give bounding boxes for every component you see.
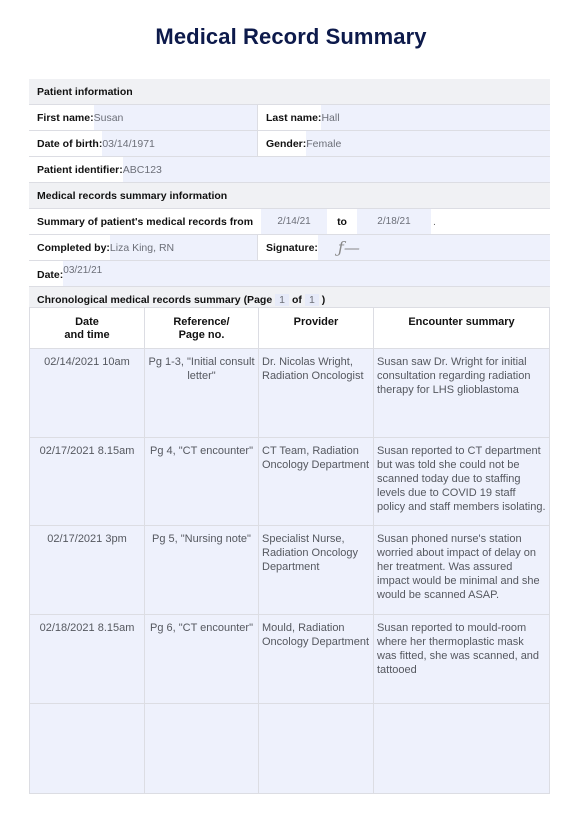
datetime-cell[interactable]: 02/17/2021 3pm: [30, 526, 145, 615]
patient-id-value[interactable]: ABC123: [123, 164, 162, 176]
page-number-field[interactable]: 1: [275, 294, 289, 306]
last-name-value[interactable]: Hall: [321, 112, 339, 124]
first-name-field[interactable]: First name: Susan: [29, 105, 258, 130]
provider-cell[interactable]: CT Team, Radiation Oncology Department: [259, 438, 374, 526]
reference-cell[interactable]: Pg 5, "Nursing note": [145, 526, 259, 615]
gender-field[interactable]: Gender: Female: [258, 131, 550, 156]
col-header-provider: Provider: [259, 308, 374, 349]
summary-cell[interactable]: Susan reported to CT department but was …: [374, 438, 550, 526]
name-row: First name: Susan Last name: Hall: [29, 105, 550, 131]
dob-label: Date of birth:: [29, 131, 102, 156]
table-row: [30, 704, 550, 794]
col-header-reference: Reference/Page no.: [145, 308, 259, 349]
total-pages-field[interactable]: 1: [305, 294, 319, 306]
dob-gender-row: Date of birth: 03/14/1971 Gender: Female: [29, 131, 550, 157]
first-name-label: First name:: [29, 105, 94, 130]
datetime-cell[interactable]: [30, 704, 145, 794]
completed-signature-row: Completed by: Liza King, RN Signature: ƒ…: [29, 235, 550, 261]
record-range-row: Summary of patient's medical records fro…: [29, 209, 550, 235]
signature-label: Signature:: [258, 235, 318, 260]
date-value[interactable]: 03/21/21: [63, 261, 102, 286]
provider-cell[interactable]: Mould, Radiation Oncology Department: [259, 615, 374, 704]
reference-cell[interactable]: Pg 1-3, "Initial consult letter": [145, 349, 259, 438]
summary-cell[interactable]: Susan phoned nurse's station worried abo…: [374, 526, 550, 615]
col-header-datetime: Dateand time: [30, 308, 145, 349]
gender-value[interactable]: Female: [306, 138, 341, 150]
summary-cell[interactable]: Susan reported to mould-room where her t…: [374, 615, 550, 704]
range-to-label: to: [327, 216, 357, 228]
date-row[interactable]: Date: 03/21/21: [29, 261, 550, 287]
signature-icon: ƒ—: [338, 238, 360, 257]
reference-cell[interactable]: Pg 4, "CT encounter": [145, 438, 259, 526]
provider-cell[interactable]: [259, 704, 374, 794]
range-from-field[interactable]: 2/14/21: [261, 209, 327, 234]
dob-value[interactable]: 03/14/1971: [102, 138, 155, 150]
heading-suffix: ): [322, 294, 326, 306]
range-to-field[interactable]: 2/18/21: [357, 209, 431, 234]
range-period: .: [431, 216, 436, 228]
table-row: 02/18/2021 8.15amPg 6, "CT encounter"Mou…: [30, 615, 550, 704]
last-name-label: Last name:: [258, 105, 321, 130]
completed-by-value[interactable]: Liza King, RN: [110, 242, 174, 254]
gender-label: Gender:: [258, 131, 306, 156]
patient-id-row: Patient identifier: ABC123: [29, 157, 550, 183]
reference-cell[interactable]: [145, 704, 259, 794]
dob-field[interactable]: Date of birth: 03/14/1971: [29, 131, 258, 156]
date-label: Date:: [29, 261, 63, 286]
datetime-cell[interactable]: 02/18/2021 8.15am: [30, 615, 145, 704]
table-header-row: Dateand time Reference/Page no. Provider…: [30, 308, 550, 349]
patient-id-label: Patient identifier:: [29, 157, 123, 182]
completed-by-label: Completed by:: [29, 235, 110, 260]
reference-cell[interactable]: Pg 6, "CT encounter": [145, 615, 259, 704]
patient-info-heading: Patient information: [29, 79, 550, 105]
chronological-heading-text: Chronological medical records summary (P…: [37, 294, 272, 306]
last-name-field[interactable]: Last name: Hall: [258, 105, 550, 130]
records-table: Dateand time Reference/Page no. Provider…: [29, 307, 550, 794]
provider-cell[interactable]: Dr. Nicolas Wright, Radiation Oncologist: [259, 349, 374, 438]
of-label: of: [292, 294, 302, 306]
completed-by-field[interactable]: Completed by: Liza King, RN: [29, 235, 258, 260]
datetime-cell[interactable]: 02/17/2021 8.15am: [30, 438, 145, 526]
summary-cell[interactable]: Susan saw Dr. Wright for initial consult…: [374, 349, 550, 438]
col-header-summary: Encounter summary: [374, 308, 550, 349]
table-row: 02/17/2021 8.15amPg 4, "CT encounter"CT …: [30, 438, 550, 526]
table-row: 02/17/2021 3pmPg 5, "Nursing note"Specia…: [30, 526, 550, 615]
page-title: Medical Record Summary: [0, 24, 582, 50]
record-range-label: Summary of patient's medical records fro…: [29, 216, 253, 228]
summary-cell[interactable]: [374, 704, 550, 794]
medical-record-form: Patient information First name: Susan La…: [29, 79, 550, 313]
signature-field[interactable]: Signature: ƒ—: [258, 235, 550, 260]
summary-info-heading: Medical records summary information: [29, 183, 550, 209]
datetime-cell[interactable]: 02/14/2021 10am: [30, 349, 145, 438]
table-row: 02/14/2021 10amPg 1-3, "Initial consult …: [30, 349, 550, 438]
first-name-value[interactable]: Susan: [94, 112, 124, 124]
patient-id-field[interactable]: Patient identifier: ABC123: [29, 157, 550, 182]
provider-cell[interactable]: Specialist Nurse, Radiation Oncology Dep…: [259, 526, 374, 615]
